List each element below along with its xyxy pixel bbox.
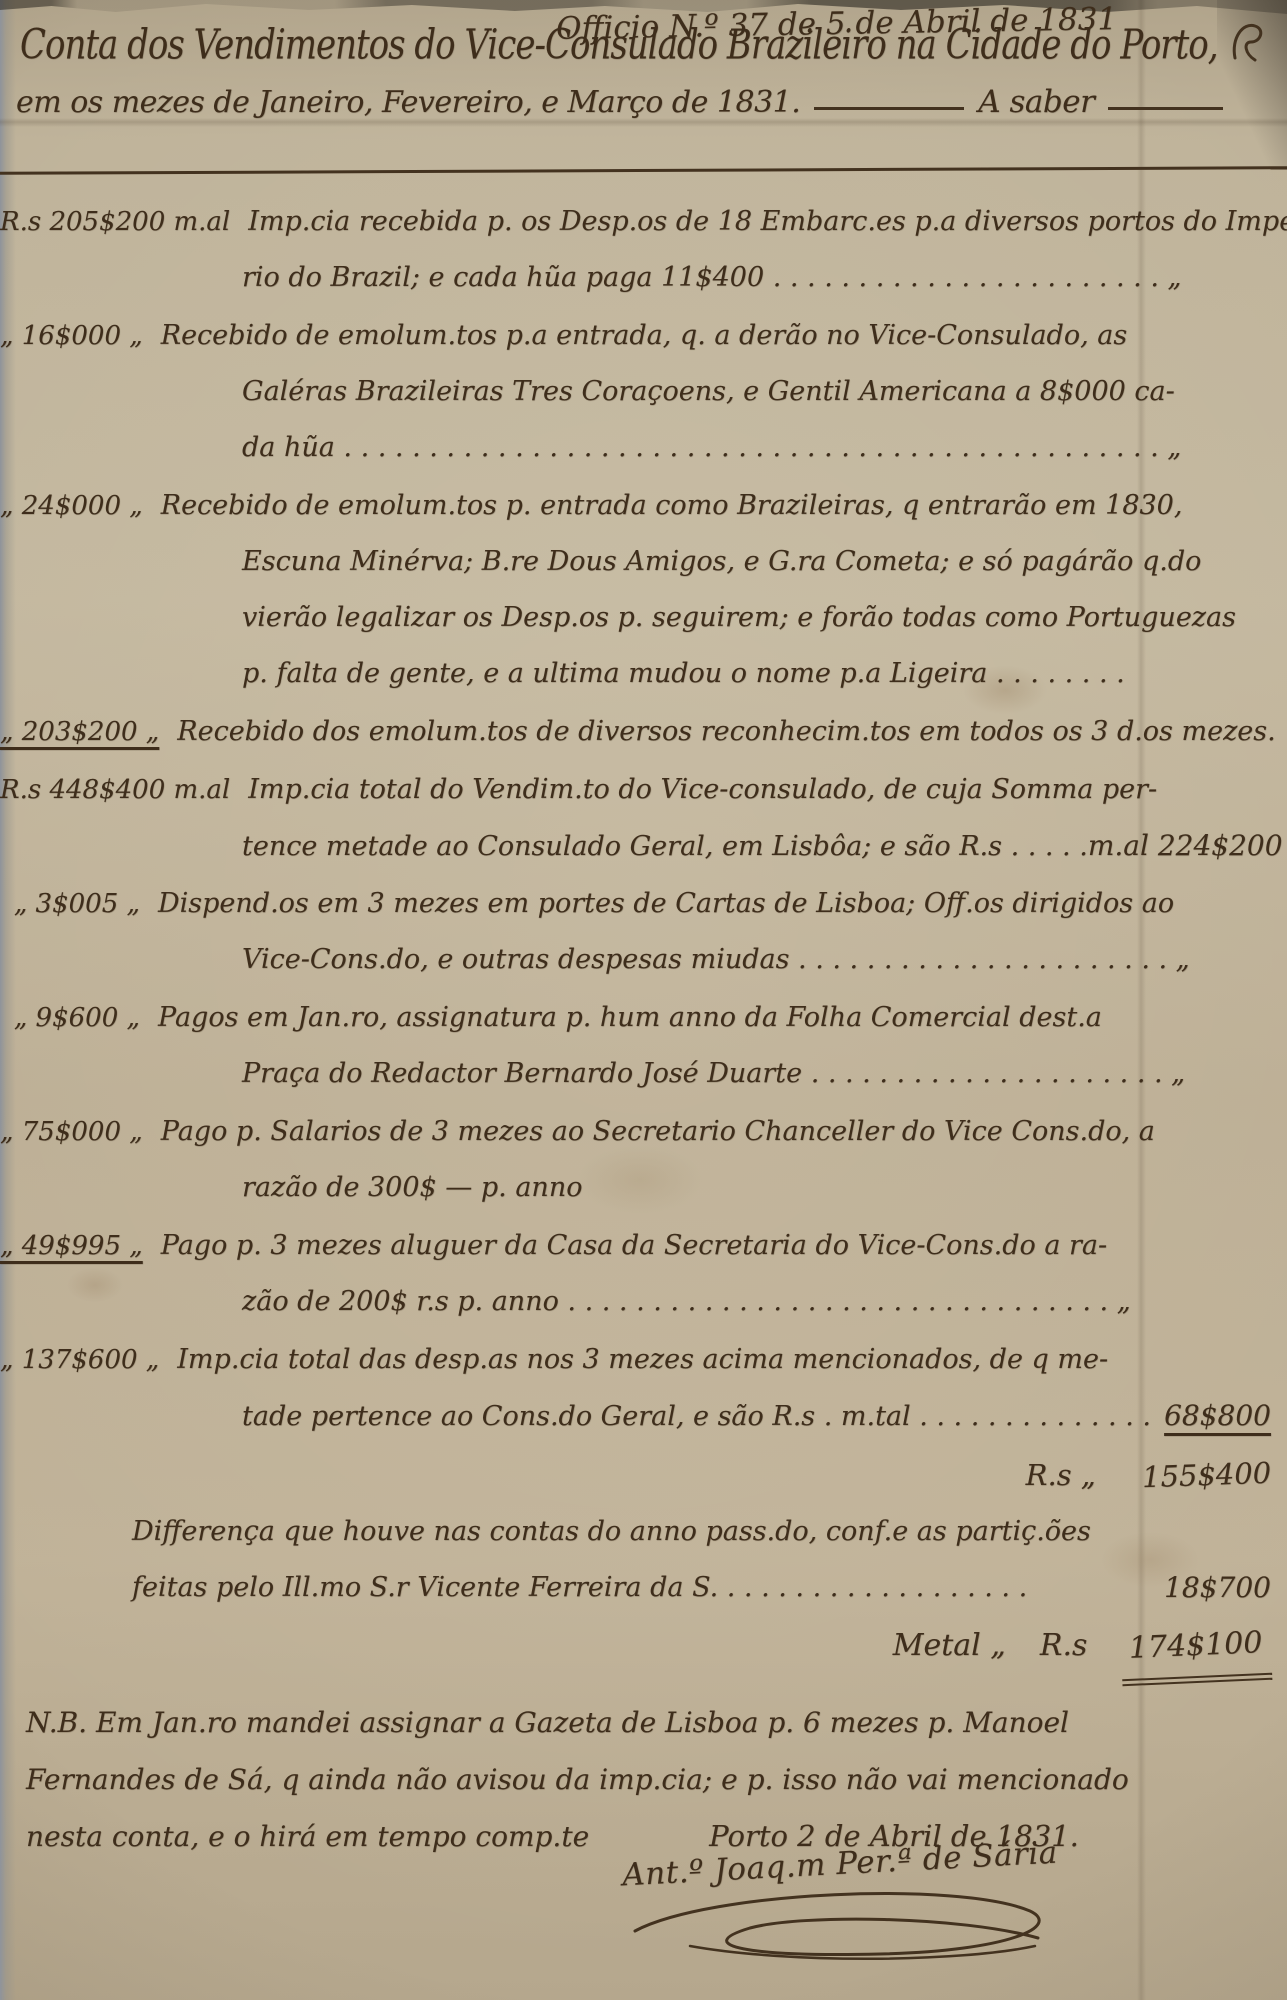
title-rule-left <box>814 107 964 110</box>
entry-line: vierão legalizar os Desp.os p. seguirem;… <box>242 590 1236 646</box>
title-a-saber: A saber <box>978 84 1094 120</box>
entry-line: Pago p. 3 mezes aluguer da Casa da Secre… <box>153 1218 1107 1274</box>
subtotal-value: 155$400 <box>1141 1444 1272 1506</box>
entry-line: Imp.cia total das desp.as nos 3 mezes ac… <box>169 1332 1108 1388</box>
difference-line: feitas pelo Ill.mo S.r Vicente Ferreira … <box>132 1560 1027 1616</box>
ledger-entry: „ 16$000 „ Recebido de emolum.tos p.a en… <box>0 308 1287 476</box>
entry-amount: „ 16$000 „ <box>0 308 153 364</box>
ledger-entry: „ 24$000 „ Recebido de emolum.tos p. ent… <box>0 478 1287 702</box>
entry-line: Dispend.os em 3 mezes em portes de Carta… <box>150 876 1174 932</box>
total-value: 174$100 <box>1120 1613 1272 1686</box>
entry-line: Imp.cia recebida p. os Desp.os de 18 Emb… <box>240 194 1287 250</box>
entry-amount: „ 203$200 „ <box>0 704 169 760</box>
entry-amount: „ 137$600 „ <box>0 1332 169 1388</box>
entry-right-amount: m.al 224$200 <box>1088 818 1287 874</box>
entry-line: Pago p. Salarios de 3 mezes ao Secretari… <box>153 1104 1155 1160</box>
signature-block: Ant.º Joaq.m Per.ª de Sária <box>600 1846 1080 1976</box>
subtotal-row: R.s „ 155$400 <box>0 1446 1287 1504</box>
entry-amount: „ 75$000 „ <box>0 1104 153 1160</box>
entry-line: Pagos em Jan.ro, assignatura p. hum anno… <box>150 990 1102 1046</box>
entries-list: R.s 205$200 m.al Imp.cia recebida p. os … <box>0 194 1287 1676</box>
signature-flourish <box>630 1876 1050 1976</box>
entry-line: Escuna Minérva; B.re Dous Amigos, e G.ra… <box>242 534 1201 590</box>
nb-line: Fernandes de Sá, q ainda não avisou da i… <box>26 1751 1129 1808</box>
ledger-entry: „ 49$995 „ Pago p. 3 mezes aluguer da Ca… <box>0 1218 1287 1330</box>
total-label: Metal „ <box>893 1616 1006 1676</box>
entry-amount: „ 24$000 „ <box>0 478 153 534</box>
entry-line: Galéras Brazileiras Tres Coraçoens, e Ge… <box>242 364 1175 420</box>
entry-line: Vice-Cons.do, e outras despesas miudas .… <box>242 932 1190 988</box>
entry-line: razão de 300$ — p. anno <box>242 1160 582 1216</box>
entry-amount: „ 3$005 „ <box>0 876 150 932</box>
entry-amount: R.s 448$400 m.al <box>0 762 240 818</box>
document-title-line2-row: em os mezes de Janeiro, Fevereiro, e Mar… <box>16 84 1223 120</box>
ledger-entry: „ 203$200 „ Recebido dos emolum.tos de d… <box>0 704 1287 760</box>
header-rule <box>0 166 1287 175</box>
ledger-entry: „ 75$000 „ Pago p. Salarios de 3 mezes a… <box>0 1104 1287 1216</box>
document-title-line1: Conta dos Vendimentos do Vice-Consulado … <box>20 22 1218 69</box>
total-row: Metal „ R.s 174$100 <box>0 1616 1287 1676</box>
nb-line: N.B. Em Jan.ro mandei assignar a Gazeta … <box>26 1694 1069 1751</box>
ledger-entry: R.s 448$400 m.al Imp.cia total do Vendim… <box>0 762 1287 874</box>
entry-line: zão de 200$ r.s p. anno . . . . . . . . … <box>242 1274 1131 1330</box>
difference-block: Differença que houve nas contas do anno … <box>0 1504 1287 1616</box>
ledger-entry: „ 3$005 „ Dispend.os em 3 mezes em porte… <box>0 876 1287 988</box>
nb-line: nesta conta, e o hirá em tempo comp.te <box>26 1808 589 1865</box>
subtotal-currency: R.s „ <box>1026 1446 1096 1504</box>
difference-line: Differença que houve nas contas do anno … <box>132 1504 1091 1560</box>
entry-line: Recebido de emolum.tos p.a entrada, q. a… <box>153 308 1127 364</box>
manuscript-page: Officio N.º 37 de 5 de Abril de 1831 Con… <box>0 0 1287 2000</box>
difference-value: 18$700 <box>1164 1560 1287 1616</box>
entry-line: p. falta de gente, e a ultima mudou o no… <box>242 646 1125 702</box>
entry-right-amount: 68$800 <box>1164 1388 1287 1444</box>
document-title-line2: em os mezes de Janeiro, Fevereiro, e Mar… <box>16 85 800 120</box>
ledger-entry: „ 9$600 „ Pagos em Jan.ro, assignatura p… <box>0 990 1287 1102</box>
total-currency: R.s <box>1040 1616 1088 1676</box>
entry-line: Recebido dos emolum.tos de diversos reco… <box>169 704 1275 760</box>
entry-line: Imp.cia total do Vendim.to do Vice-consu… <box>240 762 1157 818</box>
entry-line: da hũa . . . . . . . . . . . . . . . . .… <box>242 420 1181 476</box>
entry-amount: „ 49$995 „ <box>0 1218 153 1274</box>
entry-line: Recebido de emolum.tos p. entrada como B… <box>153 478 1183 534</box>
entry-amount: R.s 205$200 m.al <box>0 194 240 250</box>
title-rule-right <box>1108 107 1223 110</box>
entry-line: tence metade ao Consulado Geral, em Lisb… <box>242 819 1088 875</box>
ledger-entry: „ 137$600 „ Imp.cia total das desp.as no… <box>0 1332 1287 1444</box>
entry-line: tade pertence ao Cons.do Geral, e são R.… <box>242 1389 1151 1445</box>
entry-line: Praça do Redactor Bernardo José Duarte .… <box>242 1046 1185 1102</box>
corner-flourish <box>1229 18 1269 72</box>
entry-line: rio do Brazil; e cada hũa paga 11$400 . … <box>242 250 1182 306</box>
entry-amount: „ 9$600 „ <box>0 990 150 1046</box>
ledger-entry: R.s 205$200 m.al Imp.cia recebida p. os … <box>0 194 1287 306</box>
